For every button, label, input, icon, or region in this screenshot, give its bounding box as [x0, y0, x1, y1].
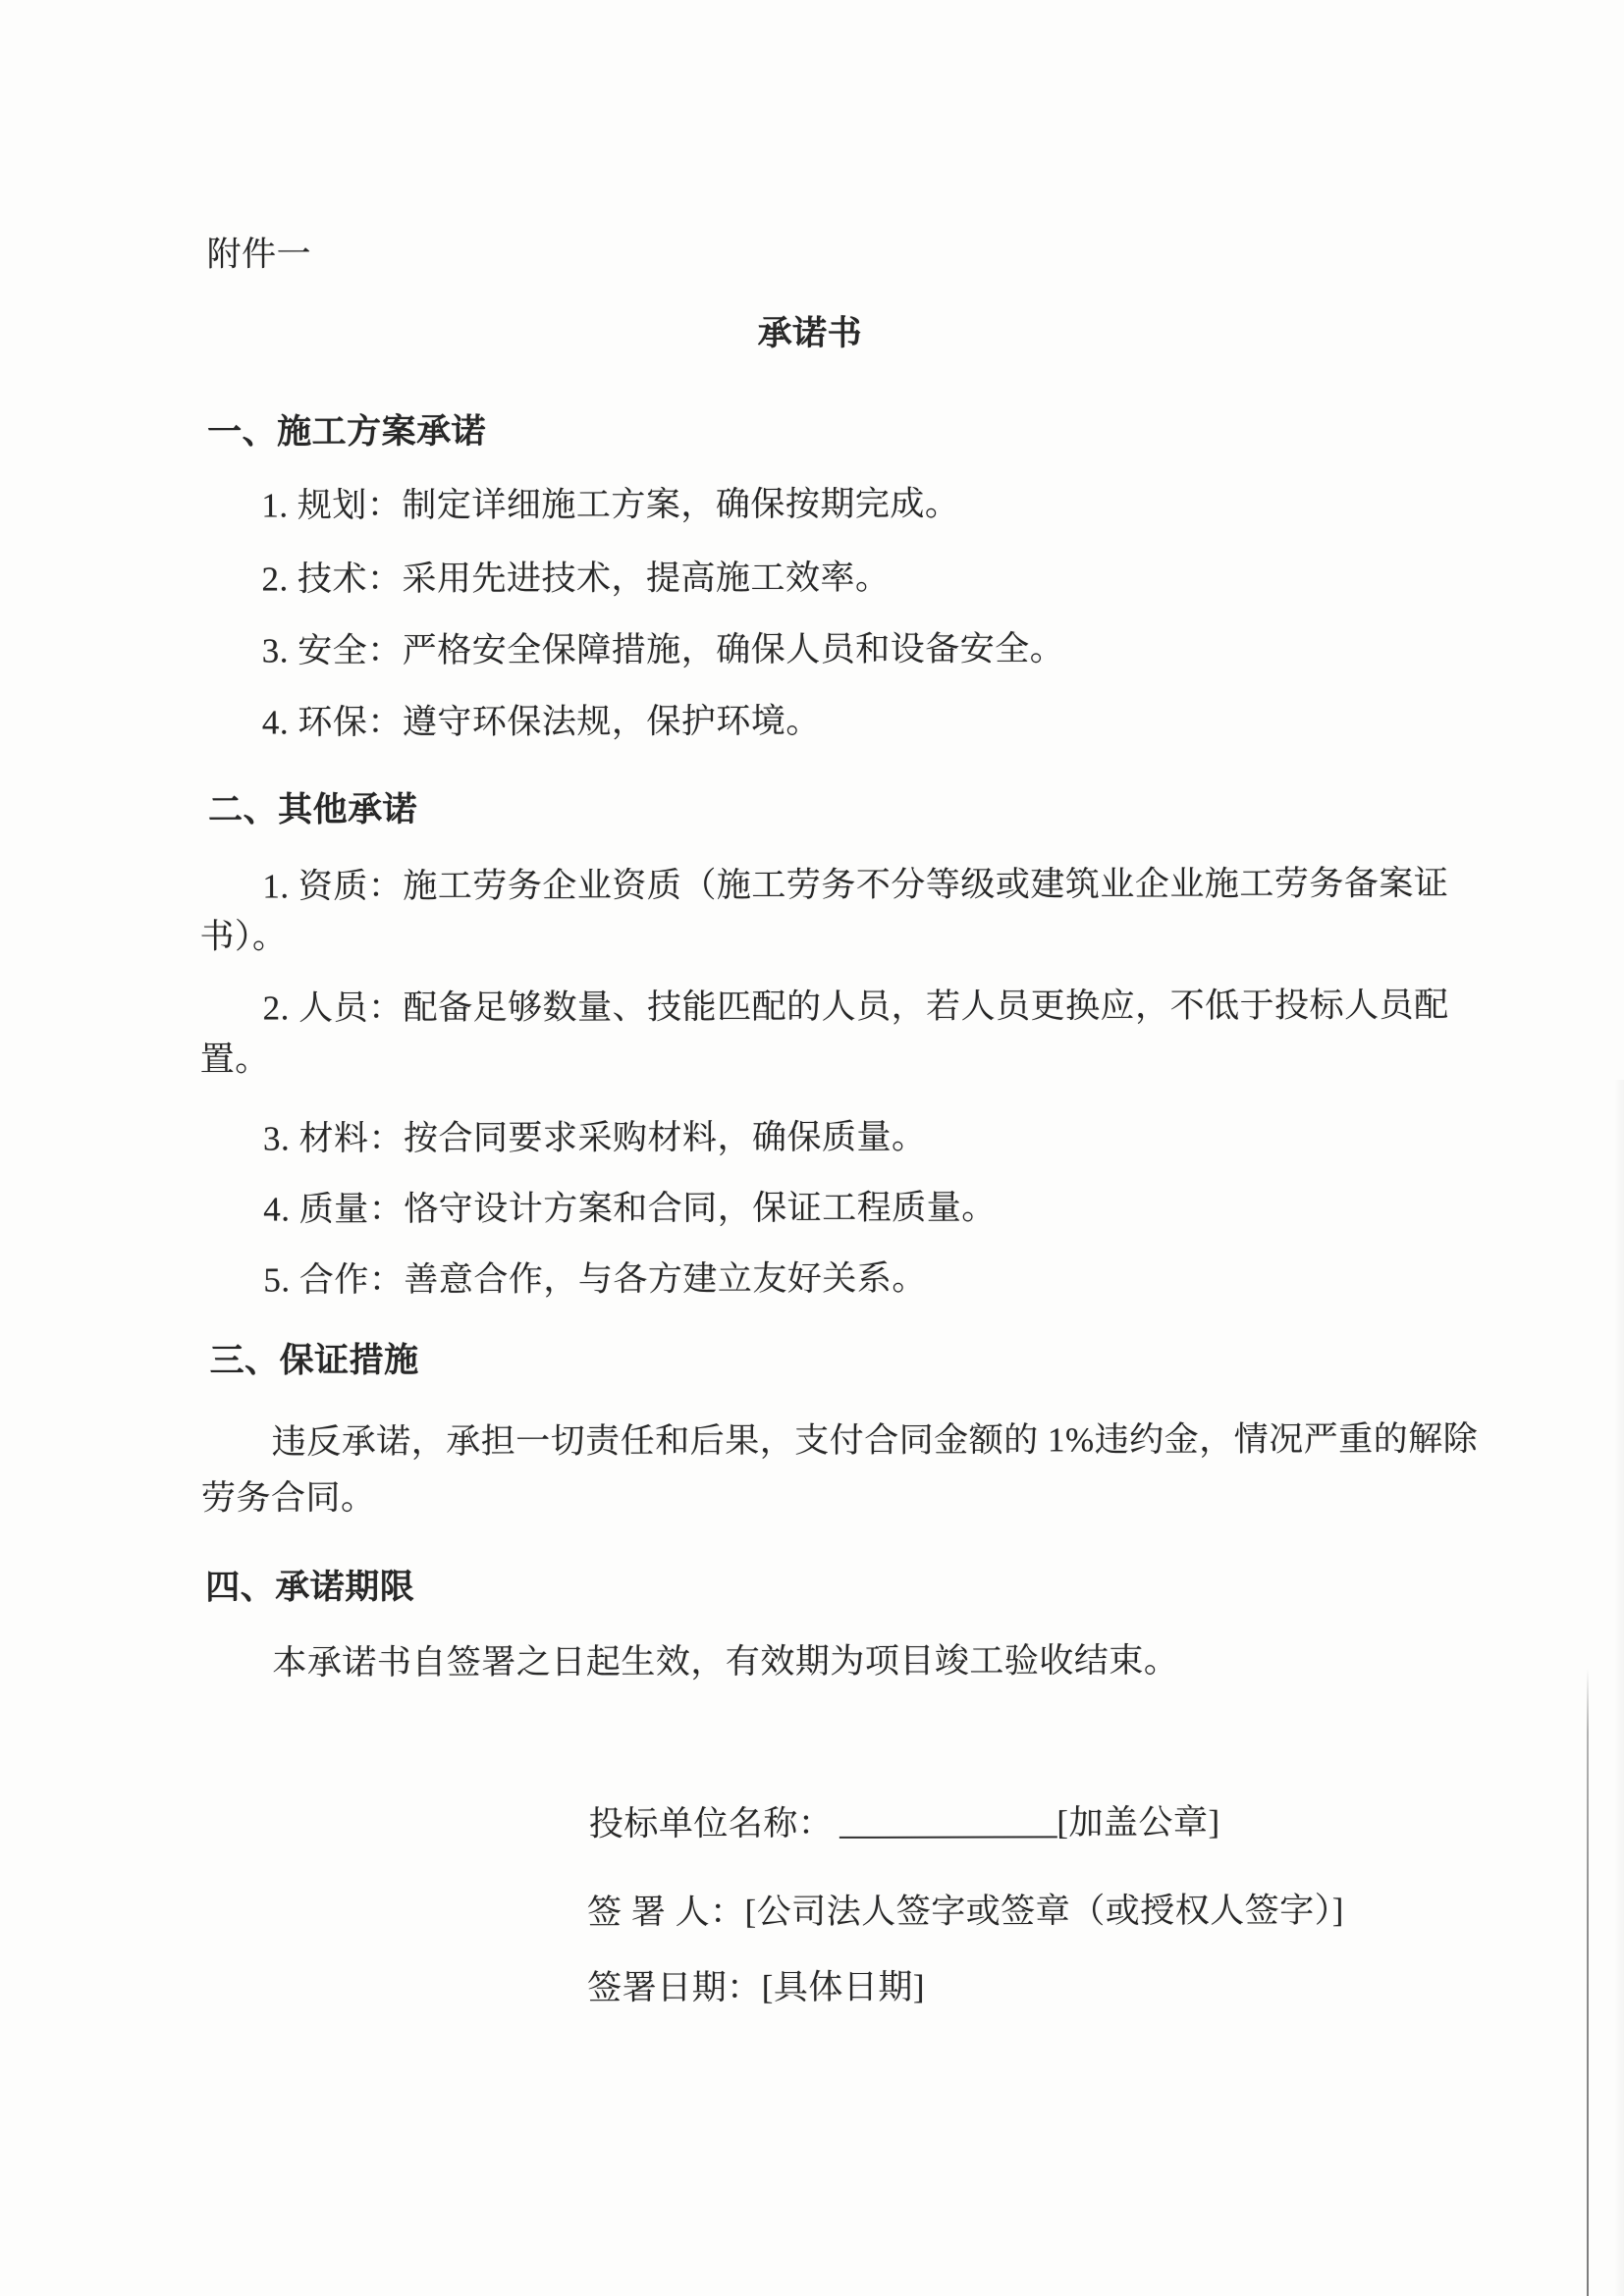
signature-seal-note: [加盖公章]: [1056, 1803, 1219, 1842]
signature-signer-line: 签 署 人：[公司法人签字或签章（或授权人签字）]: [587, 1892, 1344, 1933]
commitment-item-personnel: 2. 人员：配备足够数量、技能匹配的人员，若人员更换应，不低于投标人员配: [263, 986, 1449, 1028]
commitment-item-safety: 3. 安全：严格安全保障措施，确保人员和设备安全。: [262, 629, 1065, 670]
guarantee-paragraph-line-2: 劳务合同。: [201, 1478, 376, 1519]
attachment-label: 附件一: [207, 235, 312, 275]
signature-blank-underline: [839, 1836, 1056, 1839]
signature-unit-name-label: 投标单位名称：: [589, 1804, 834, 1843]
commitment-item-qualification-cont: 书）。: [199, 917, 287, 956]
page: 附件一 承诺书 一、施工方案承诺 1. 规划：制定详细施工方案，确保按期完成。 …: [0, 0, 1624, 2296]
commitment-item-plan: 1. 规划：制定详细施工方案，确保按期完成。: [261, 485, 959, 526]
commitment-item-cooperation: 5. 合作：善意合作，与各方建立友好关系。: [263, 1259, 927, 1301]
commitment-item-technology: 2. 技术：采用先进技术，提高施工效率。: [261, 559, 890, 600]
commitment-item-quality: 4. 质量：恪守设计方案和合同，保证工程质量。: [263, 1189, 997, 1230]
document-title: 承诺书: [0, 312, 1622, 356]
scan-artifact-line: [1587, 1669, 1589, 2296]
guarantee-paragraph-line-1: 违反承诺，承担一切责任和后果，支付合同金额的 1%违约金，情况严重的解除: [272, 1419, 1479, 1462]
commitment-item-personnel-cont: 置。: [200, 1040, 270, 1079]
commitment-item-qualification: 1. 资质：施工劳务企业资质（施工劳务不分等级或建筑业企业施工劳务备案证: [262, 864, 1448, 906]
section-2-heading: 二、其他承诺: [208, 790, 417, 830]
commitment-item-environment: 4. 环保：遵守环保法规，保护环境。: [262, 702, 821, 743]
signature-unit-name-line: 投标单位名称：[加盖公章]: [589, 1803, 1220, 1844]
scan-edge-shadow: [1614, 1080, 1624, 2296]
validity-paragraph: 本承诺书自签署之日起生效，有效期为项目竣工验收结束。: [272, 1641, 1178, 1683]
section-3-heading: 三、保证措施: [210, 1341, 419, 1381]
signature-date-line: 签署日期：[具体日期]: [587, 1968, 925, 2008]
section-1-heading: 一、施工方案承诺: [207, 412, 486, 453]
commitment-item-materials: 3. 材料：按合同要求采购材料，确保质量。: [263, 1118, 927, 1159]
section-4-heading: 四、承诺期限: [205, 1568, 414, 1608]
